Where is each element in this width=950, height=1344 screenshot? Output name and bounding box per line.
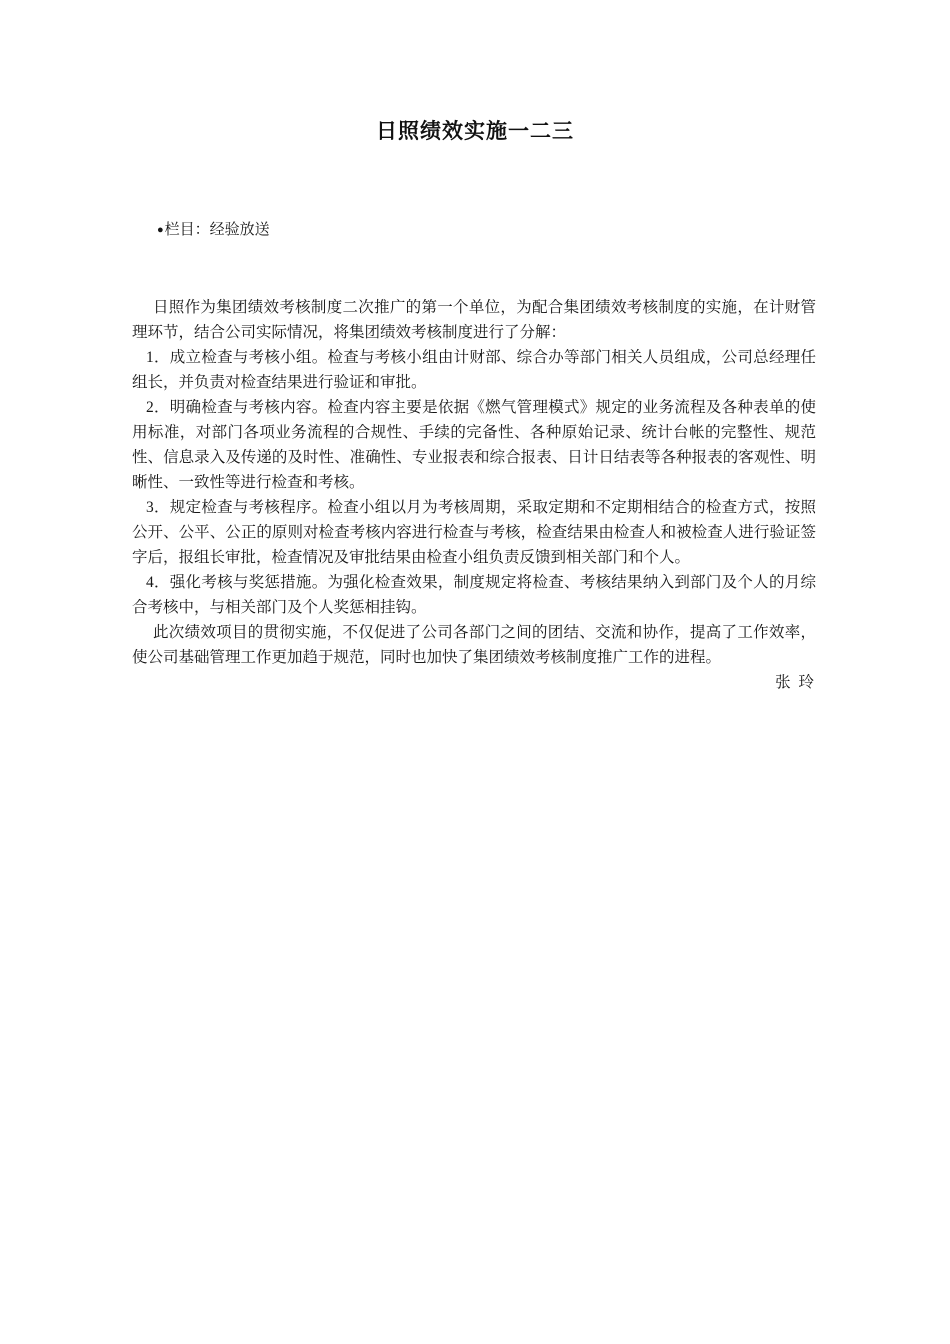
paragraph-item-4: 4．强化考核与奖惩措施。为强化检查效果，制度规定将检查、考核结果纳入到部门及个人… <box>132 570 816 620</box>
column-label-line: ●栏目：经验放送 <box>142 199 950 263</box>
bullet-icon: ● <box>157 220 164 241</box>
author-signature: 张 玲 <box>132 670 816 695</box>
paragraph-item-2: 2．明确检查与考核内容。检查内容主要是依据《燃气管理模式》规定的业务流程及各种表… <box>132 395 816 495</box>
document-title: 日照绩效实施一二三 <box>0 0 950 144</box>
document-body: 日照作为集团绩效考核制度二次推广的第一个单位，为配合集团绩效考核制度的实施，在计… <box>132 295 816 695</box>
paragraph-item-3: 3．规定检查与考核程序。检查小组以月为考核周期，采取定期和不定期相结合的检查方式… <box>132 495 816 570</box>
paragraph-item-1: 1．成立检查与考核小组。检查与考核小组由计财部、综合办等部门相关人员组成，公司总… <box>132 345 816 395</box>
paragraph-closing: 此次绩效项目的贯彻实施，不仅促进了公司各部门之间的团结、交流和协作，提高了工作效… <box>132 620 816 670</box>
column-label: 栏目：经验放送 <box>165 222 270 238</box>
document-page: 日照绩效实施一二三 ●栏目：经验放送 日照作为集团绩效考核制度二次推广的第一个单… <box>0 0 950 1344</box>
paragraph-intro: 日照作为集团绩效考核制度二次推广的第一个单位，为配合集团绩效考核制度的实施，在计… <box>132 295 816 345</box>
